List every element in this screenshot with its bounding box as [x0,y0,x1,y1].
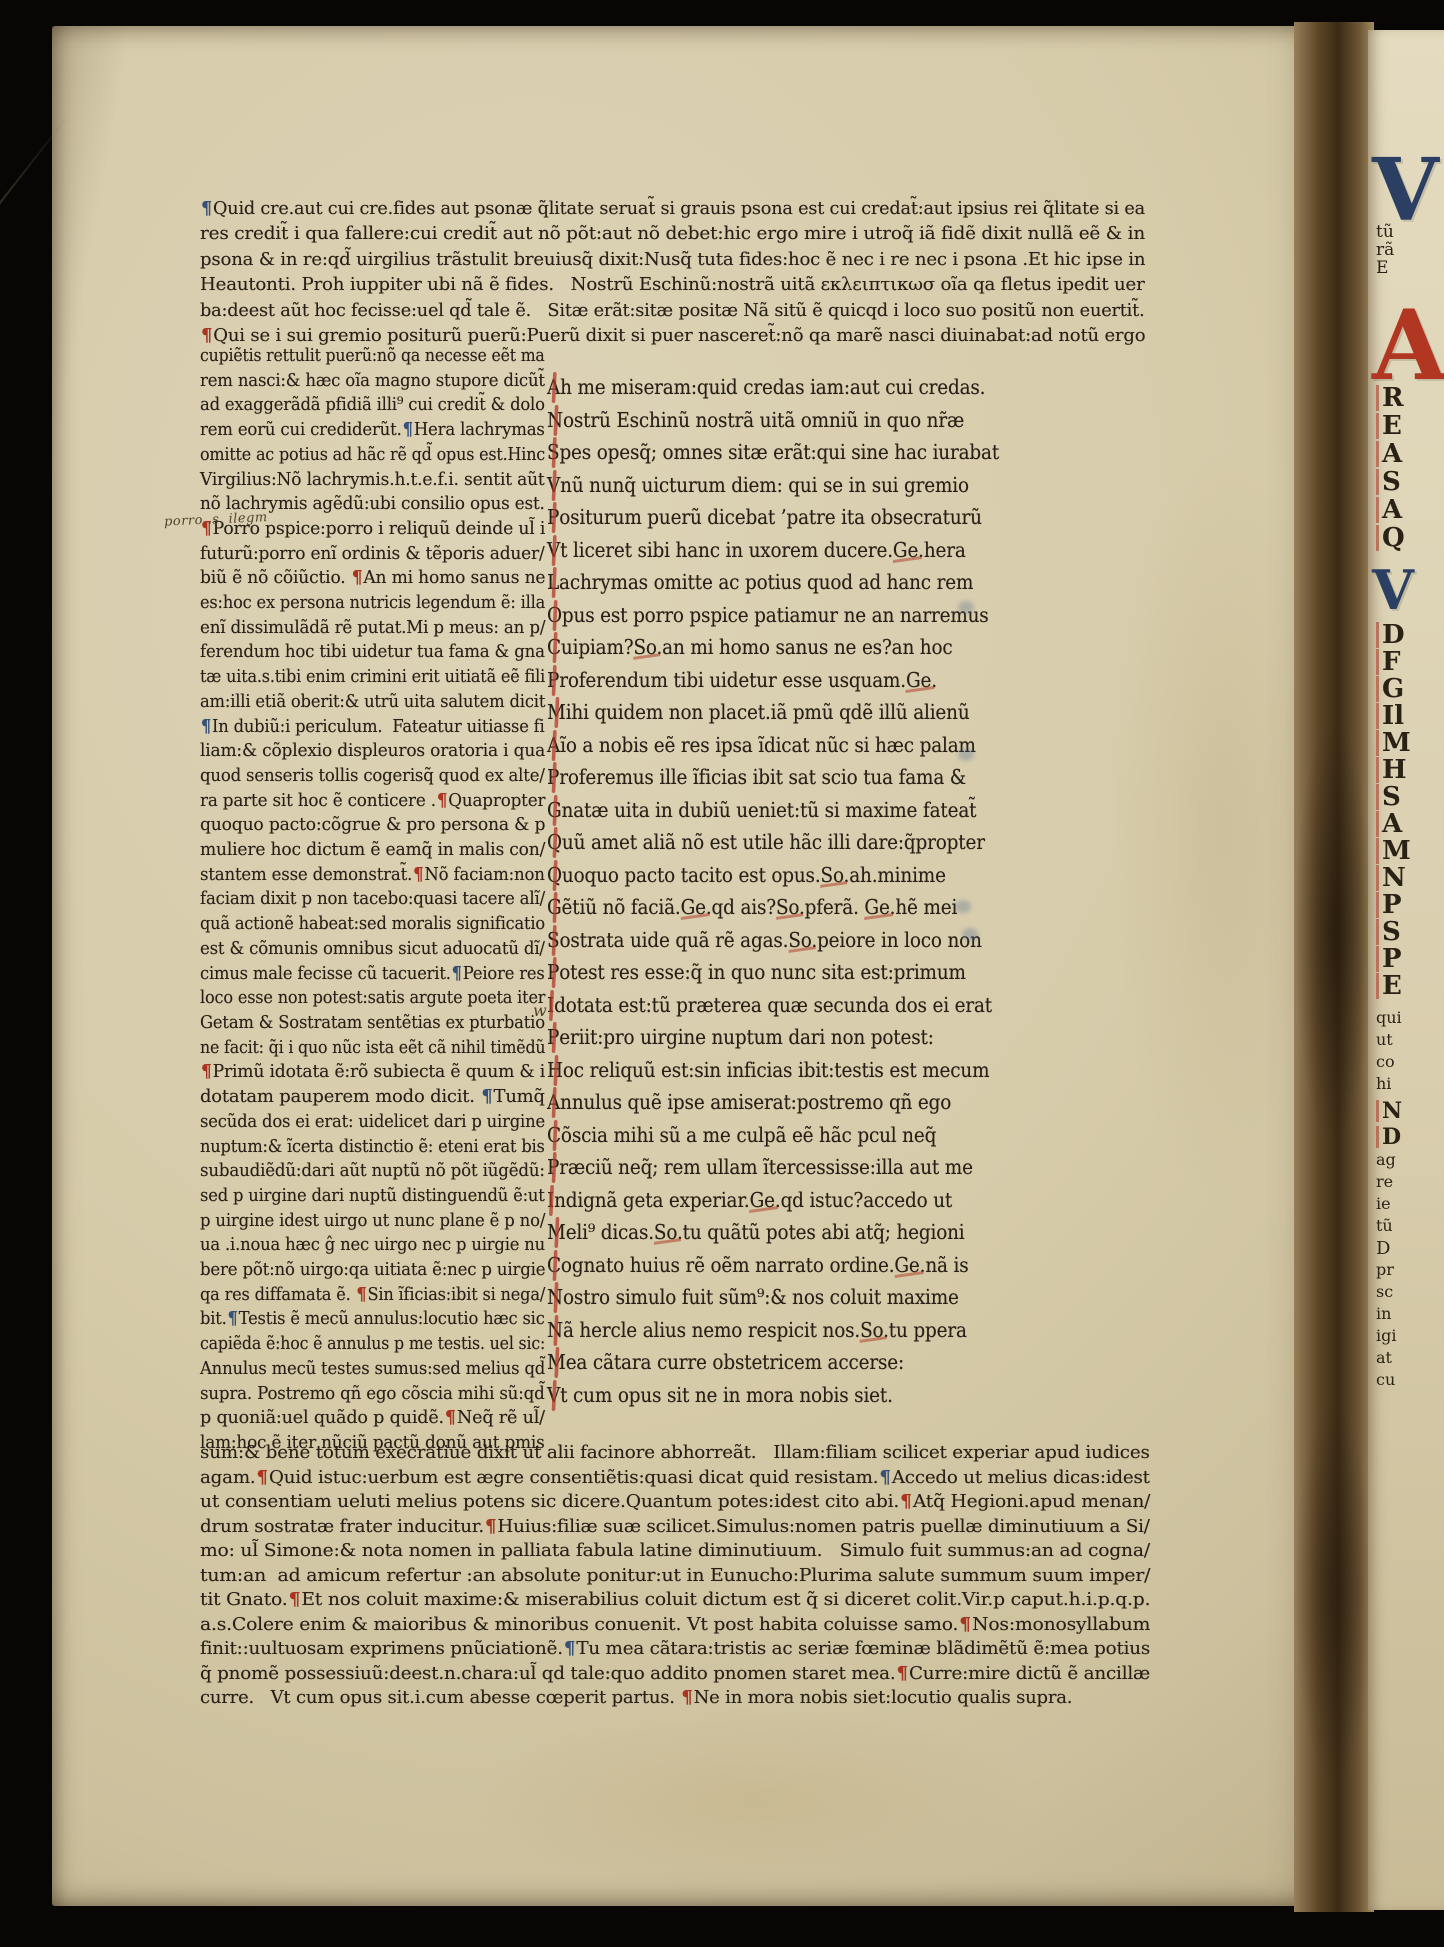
facing-page-letter-fragment: P [1376,892,1402,918]
speaker-abbrev: So. [821,863,850,887]
commentary-line: Getam & Sostratam sentẽtias ex pturbatio [200,1011,545,1036]
commentary-line: quã actionẽ habeat:sed moralis significa… [200,912,545,937]
verse-line: Gnatæ uita in dubiũ ueniet:tũ si maxime … [547,794,976,827]
commentary-line: enĩ dissimulãdã rẽ putat.Mi p meus: an p… [200,616,545,641]
facing-page-letter-fragment: tũ [1376,224,1394,241]
commentary-line: secũda dos ei erat: uidelicet dari p uir… [200,1110,545,1135]
rubricated-initial: Q [547,826,562,859]
facing-page-letter-fragment: tũ [1376,1218,1393,1234]
pilcrow-mark: ¶ [484,1516,497,1537]
facing-page-letter-fragment: G [1376,676,1404,702]
facing-page-ornamental-initial: V [1372,563,1414,617]
ink-bleed-smudge [962,928,978,941]
commentary-line: liam:& cõplexio displeuros oratoria i qu… [200,739,545,764]
commentary-line: est & cõmunis omnibus sicut aduocatũ dĩ/ [200,937,545,962]
verse-line: Hoc reliquũ est:sin inficias ibit:testis… [547,1054,989,1087]
rubricated-initial: V [547,534,560,567]
rubricated-initial: M [547,696,566,729]
pilcrow-mark: ¶ [436,790,448,811]
facing-page-ornamental-initial: A [1372,298,1444,394]
verse-line: Potest res esse:q̃ in quo nunc sita est:… [547,956,966,989]
facing-page-letter-fragment: R [1376,385,1404,411]
verse-line: Nã hercle alius nemo respicit nos.So.tu … [547,1314,967,1347]
rubricated-initial: V [547,469,560,502]
verse-line: Cognato huius rẽ oẽm narrato ordine.Ge.n… [547,1249,969,1282]
pilcrow-mark: ¶ [563,1638,576,1659]
pilcrow-mark: ¶ [356,1284,368,1305]
rubricated-initial: G [547,891,562,924]
verse-line: Præciũ neq̃; rem ullam ĩtercessisse:illa… [547,1151,973,1184]
commentary-line: faciam dixit p non tacebo:quasi tacere a… [200,887,545,912]
facing-page-letter-fragment: D [1376,622,1405,648]
rubricated-initial: A [547,1086,560,1119]
verse-line: Quũ amet aliã nõ est utile hãc illi dare… [547,826,985,859]
rubricated-initial: L [547,566,559,599]
verse-line: Vt liceret sibi hanc in uxorem ducere.Ge… [547,534,966,567]
verse-line: Quoquo pacto tacito est opus.So.ah.minim… [547,859,946,892]
facing-page-letter-fragment: at [1376,1350,1392,1366]
facing-page-letter-fragment: sc [1376,1284,1393,1300]
verse-line: Mea cãtara curre obstetricem accerse: [547,1346,904,1379]
rubricated-initial: M [547,1216,566,1249]
verse-line: Nostro simulo fuit sũm⁹:& nos coluit max… [547,1281,959,1314]
facing-page-letter-fragment: rã [1376,242,1394,259]
facing-page-letter-fragment: N [1376,1100,1402,1122]
rubricated-initial: V [547,1379,560,1412]
facing-page-letter-fragment: in [1376,1306,1391,1322]
rubricated-initial: N [547,1281,563,1314]
commentary-line: loco esse non potest:satis argute poeta … [200,986,545,1011]
commentary-line: curre. Vt cum opus sit.i.cum abesse cœpe… [200,1686,1072,1711]
verse-line: Proferemus ille ĩficias ibit sat scio tu… [547,761,966,794]
pilcrow-mark: ¶ [227,1308,239,1329]
facing-page-letter-fragment: co [1376,1054,1395,1070]
rubricated-initial: N [547,1314,563,1347]
commentary-line: subaudiẽdũ:dari aũt nuptũ nõ põt iũgẽdũ: [200,1159,545,1184]
commentary-line: supra. Postremo qñ ego cõscia mihi sũ:qd… [200,1382,545,1407]
verse-line: Cõscia mihi sũ a me culpã eẽ hãc pcul ne… [547,1119,936,1152]
verse-line: Cuipiam?So.an mi homo sanus ne es?an hoc [547,631,953,664]
facing-page-letter-fragment: E [1376,260,1388,277]
gutter-fold [1294,22,1374,1912]
rubricated-initial: P [547,1151,559,1184]
facing-page-letter-fragment: pr [1376,1262,1394,1278]
commentary-line: q̃ pnomẽ possessiuũ:deest.n.chara:ul̃ qd… [200,1662,1150,1687]
commentary-line: tæ uita.s.tibi enim crimini erit uitiatã… [200,665,545,690]
facing-page-letter-fragment: D [1376,1240,1390,1258]
rubricated-initial: P [547,1021,559,1054]
commentary-line: bere põt:nõ uirgo:qa uitiata ẽ:nec p uir… [200,1258,545,1283]
facing-page-letter-fragment: A [1376,497,1402,523]
verse-line: Periit:pro uirgine nuptum dari non potes… [547,1021,934,1054]
speaker-abbrev: So. [860,1318,889,1342]
speaker-abbrev: Ge. [864,895,895,919]
commentary-line: Virgilius:Nõ lachrymis.h.t.e.f.i. sentit… [200,468,545,493]
photographed-book-opening: ¶Quid cre.aut cui cre.fides aut psonæ q̃… [0,0,1444,1947]
rubricated-initial: P [547,501,559,534]
gutter-stain [1294,1402,1374,1782]
verse-line: Idotata est:tũ præterea quæ secunda dos … [547,989,992,1022]
rubricated-initial: A [547,371,560,404]
facing-page-letter-fragment: Il [1376,703,1404,729]
verse-line: Vnũ nunq̃ uicturum diem: qui se in sui g… [547,469,969,502]
pilcrow-mark: ¶ [899,1491,913,1512]
rubricated-initial: S [547,924,559,957]
pilcrow-mark: ¶ [200,325,213,346]
facing-page-letter-fragment: Q [1376,525,1405,551]
rubricated-initial: O [547,599,562,632]
facing-page-letter-fragment: M [1376,838,1411,864]
commentary-line: omitte ac potius ad hãc rẽ qd̃ opus est.… [200,443,545,468]
rubricated-initial: P [547,664,559,697]
facing-page-letter-fragment: H [1376,757,1407,783]
verse-line: Lachrymas omitte ac potius quod ad hanc … [547,566,973,599]
commentary-line: ¶Quid cre.aut cui cre.fides aut psonæ q̃… [200,196,1145,221]
commentary-line: Annulus mecũ testes sumus:sed melius qd̃ [200,1357,545,1382]
commentary-line: sum:& bene totum execratiue dixit ut ali… [200,1441,1150,1466]
facing-page-letter-fragment: D [1376,1126,1401,1148]
facing-page-letter-fragment: A [1376,441,1402,467]
rubricated-initial: N [547,404,563,437]
commentary-line: ne facit: q̃i i quo nũc ista eẽt cã nihi… [200,1036,545,1061]
commentary-line: p quoniã:uel quãdo p quidẽ.¶Neq̃ rẽ ul̃/ [200,1406,545,1431]
commentary-line: ¶In dubiũ:i periculum. Fateatur uitiasse… [200,715,545,740]
facing-page-edge: VtũrãEAREASAQVDFGIlMHSAMNPSPEquiutcohiND… [1368,30,1444,1910]
commentary-line: quod senseris tollis cogerisq̃ quod ex a… [200,764,545,789]
commentary-line: ferendum hoc tibi uidetur tua fama & gna [200,640,545,665]
rubricated-initial: M [547,1346,566,1379]
ink-bleed-smudge [955,900,971,913]
commentary-line: a.s.Colere enim & maioribus & minoribus … [200,1613,1150,1638]
verse-line: Gẽtiũ nõ faciã.Ge.qd ais?So.pferã. Ge.hẽ… [547,891,957,924]
pilcrow-mark: ¶ [958,1614,972,1635]
ink-bleed-smudge [958,748,974,761]
speaker-abbrev: So. [788,928,817,952]
page-crease [0,111,72,309]
commentary-line: mo: ul̃ Simone:& nota nomen in palliata … [200,1539,1150,1564]
commentary-line: rem eorũ cui crediderũt.¶Hera lachrymas [200,418,545,443]
pilcrow-mark: ¶ [680,1687,693,1708]
facing-page-letter-fragment: N [1376,865,1406,891]
speaker-abbrev: Ge. [906,668,937,692]
facing-page-letter-fragment: S [1376,919,1401,945]
commentary-line: am:illi etiã oberit:& utrũ uita salutem … [200,690,545,715]
ink-bleed-smudge [958,601,974,614]
facing-page-letter-fragment: S [1376,469,1401,495]
commentary-line: bit.¶Testis ẽ mecũ annulus:locutio hæc s… [200,1307,545,1332]
pilcrow-mark: ¶ [200,198,213,219]
speaker-abbrev: Ge. [681,895,712,919]
pilcrow-mark: ¶ [351,567,364,588]
verse-line: Mihi quidem non placet.iã pmũ qdẽ illũ a… [547,696,970,729]
pilcrow-mark: ¶ [412,864,424,885]
commentary-line: capiẽda ẽ:hoc ẽ annulus p me testis. uel… [200,1332,545,1357]
commentary-line: ad exaggerãdã pfidiã illi⁹ cui credit̃ &… [200,393,545,418]
parchment-stain [472,1706,1032,1896]
rubricated-initial: Q [547,859,562,892]
commentary-line: dotatam pauperem modo dicit. ¶Tumq̃ [200,1085,545,1110]
facing-page-letter-fragment: A [1376,811,1402,837]
pilcrow-mark: ¶ [256,1467,269,1488]
verse-line: Proferendum tibi uidetur esse usquam.Ge. [547,664,937,697]
facing-page-letter-fragment: S [1376,784,1401,810]
verse-line: Opus est porro pspice patiamur ne an nar… [547,599,989,632]
commentary-line: qa res diffamata ẽ. ¶Sin ĩficias:ibit si… [200,1283,545,1308]
commentary-line: psona & in re:qd̃ uirgilius trãstulit br… [200,247,1145,272]
speaker-abbrev: So. [633,635,662,659]
play-verse-block: Ah me miseram:quid credas iam:aut cui cr… [547,371,1050,1411]
verse-line: Nostrũ Eschinũ nostrã uitã omniũ in quo … [547,404,964,437]
commentary-line: tum:an ad amicum refertur :an absolute p… [200,1564,1150,1589]
verse-line: Positurum puerũ dicebat ’patre ita obsec… [547,501,982,534]
pilcrow-mark: ¶ [451,963,463,984]
commentary-line: p uirgine idest uirgo ut nunc plane ẽ p … [200,1209,545,1234]
commentary-line: biũ ẽ nõ cõiũctio. ¶An mi homo sanus ne [200,566,545,591]
verse-line: Spes opesq̃; omnes sitæ erãt:qui sine ha… [547,436,999,469]
commentary-line: Heautonti. Proh iuppiter ubi nã ẽ fides.… [200,272,1145,297]
commentary-line: es:hoc ex persona nutricis legendum ẽ: i… [200,591,545,616]
verse-line: Annulus quẽ ipse amiserat:postremo qñ eg… [547,1086,951,1119]
speaker-abbrev: So. [776,895,805,919]
rubricated-initial: C [547,1119,561,1152]
commentary-line: ua .i.noua hæc ĝ nec uirgo nec p uirgie … [200,1233,545,1258]
commentary-line: ut consentiam ueluti melius potens sic d… [200,1490,1150,1515]
rubricated-initial: C [547,631,561,664]
facing-page-letter-fragment: cu [1376,1372,1395,1388]
rubricated-initial: G [547,794,562,827]
pilcrow-mark: ¶ [200,1061,213,1082]
pilcrow-mark: ¶ [444,1407,457,1428]
rubricated-initial: I [547,989,554,1022]
verse-line: Sostrata uide quã rẽ agas.So.peiore in l… [547,924,982,957]
left-page: ¶Quid cre.aut cui cre.fides aut psonæ q̃… [52,26,1314,1906]
gutter-stain [1294,722,1374,1142]
facing-page-letter-fragment: E [1376,973,1402,999]
facing-page-letter-fragment: re [1376,1174,1393,1190]
commentary-line: stantem esse demonstrat̃.¶Nõ faciam:non [200,863,545,888]
facing-page-letter-fragment: ag [1376,1152,1396,1168]
verse-line: Ah me miseram:quid credas iam:aut cui cr… [547,371,985,404]
pilcrow-mark: ¶ [878,1467,891,1488]
facing-page-letter-fragment: igi [1376,1328,1396,1344]
commentary-line: sed p uirgine dari nuptũ distinguendũ ẽ:… [200,1184,545,1209]
commentary-line: nuptum:& ĩcerta distinctio ẽ: eteni erat… [200,1135,545,1160]
pilcrow-mark: ¶ [480,1086,493,1107]
facing-page-letter-fragment: E [1376,413,1402,439]
commentary-line: finit::uultuosam exprimens pnũciationẽ.¶… [200,1637,1150,1662]
pilcrow-mark: ¶ [895,1663,909,1684]
commentary-line: quoquo pacto:cõgrue & pro persona & p [200,813,545,838]
commentary-line: tit Gnato.¶Et nos coluit maxime:& misera… [200,1588,1150,1613]
commentary-line: cupiẽtis rettulit puerũ:nõ qa necesse eẽ… [200,344,545,369]
commentary-line: ba:deest aũt hoc fecisse:uel qd̃ tale ẽ.… [200,298,1145,323]
pilcrow-mark: ¶ [402,419,414,440]
commentary-top-block: ¶Quid cre.aut cui cre.fides aut psonæ q̃… [200,196,1164,348]
facing-page-letter-fragment: ie [1376,1196,1391,1212]
commentary-line: ra parte sit hoc ẽ conticere .¶Quapropte… [200,789,545,814]
commentary-line: muliere hoc dictum ẽ eamq̃ in malis con/ [200,838,545,863]
facing-page-letter-fragment: M [1376,730,1411,756]
commentary-line: agam.¶Quid istuc:uerbum est ægre consent… [200,1466,1150,1491]
rubricated-initial: H [547,1054,563,1087]
commentary-bottom-block: sum:& bene totum execratiue dixit ut ali… [200,1441,1137,1711]
facing-page-letter-fragment: qui [1376,1010,1402,1026]
speaker-abbrev: So. [654,1220,683,1244]
rubricated-initial: S [547,436,559,469]
commentary-line: drum sostratæ frater inducitur.¶Huius:fi… [200,1515,1150,1540]
commentary-line: res credit̃ i qua fallere:cui credit̃ au… [200,221,1145,246]
speaker-abbrev: Ge. [750,1188,781,1212]
rubricated-initial: P [547,956,559,989]
facing-page-letter-fragment: ut [1376,1032,1393,1048]
verse-line: Indignã geta experiar.Ge.qd istuc?accedo… [547,1184,952,1217]
facing-page-letter-fragment: F [1376,649,1400,675]
pilcrow-mark: ¶ [288,1589,302,1610]
verse-line: Aĩo a nobis eẽ res ipsa ĩdicat nũc si hæ… [547,729,976,762]
speaker-abbrev: Ge. [894,1253,925,1277]
verse-line: Vt cum opus sit ne in mora nobis siet. [547,1379,893,1412]
commentary-line: rem nasci:& hæc oĩa magno stupore dicũt̃ [200,369,545,394]
commentary-line: futurũ:porro enĩ ordinis & tẽporis aduer… [200,542,545,567]
speaker-abbrev: Ge. [893,538,924,562]
commentary-line: ¶Primũ idotata ẽ:rõ subiecta ẽ quum & i [200,1060,545,1085]
facing-page-letter-fragment: P [1376,946,1402,972]
facing-page-letter-fragment: hi [1376,1076,1391,1092]
verse-line: Meli⁹ dicas.So.tu quãtũ potes abi atq̃; … [547,1216,965,1249]
pilcrow-mark: ¶ [200,716,212,737]
handwritten-margin-mark: w [533,1001,547,1020]
rubricated-initial: P [547,761,559,794]
rubricated-initial: A [547,729,560,762]
rubricated-initial: C [547,1249,561,1282]
rubricated-initial: I [547,1184,554,1217]
commentary-line: cimus male fecisse cũ tacuerit.¶Peiore r… [200,962,545,987]
